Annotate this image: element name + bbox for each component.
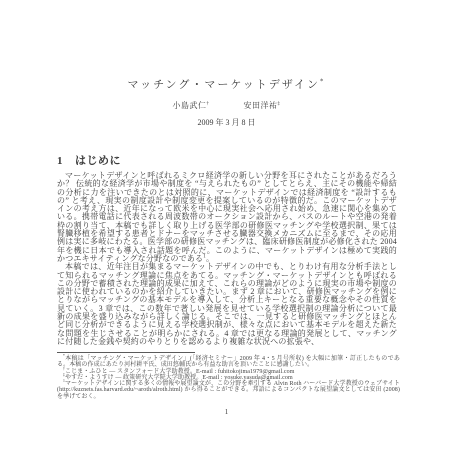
paper-title: マッチング・マーケットデザイン* bbox=[0, 76, 453, 92]
section-heading: 1はじめに bbox=[57, 152, 121, 168]
footnote-dagger-text: こじま・ふひと — スタンフォード大学助教授。E-mail : fuhitoko… bbox=[65, 369, 295, 375]
page-number: 1 bbox=[0, 408, 453, 416]
title-footnote-mark: * bbox=[320, 78, 325, 85]
author-1: 小島武仁† bbox=[173, 100, 210, 111]
paper-date: 2009 年 3 月 8 日 bbox=[0, 117, 453, 128]
paragraph-2: 本稿では、近年注目が集まるマーケットデザインの中でも、とりわけ有用な分析手法とし… bbox=[57, 263, 397, 346]
paper-page: マッチング・マーケットデザイン* 小島武仁† 安田洋祐‡ 2009 年 3 月 … bbox=[0, 0, 453, 453]
author-1-footnote-mark: † bbox=[207, 101, 210, 106]
footnote-1: 1マーケットデザインに関する多くの情報や展望論文が、この分野を牽引する Alvi… bbox=[57, 381, 400, 400]
author-2-name: 安田洋祐 bbox=[244, 101, 278, 110]
author-2: 安田洋祐‡ bbox=[244, 100, 281, 111]
footnotes: *本稿は「マッチング・マーケットデザイン」(「経済セミナー」2009 年 4・5… bbox=[57, 356, 400, 400]
author-row: 小島武仁† 安田洋祐‡ bbox=[0, 100, 453, 111]
footnote-1-text: マーケットデザインに関する多くの情報や展望論文が、この分野を牽引する Alvin… bbox=[57, 381, 400, 400]
paper-title-text: マッチング・マーケットデザイン bbox=[128, 79, 320, 91]
paragraph-2-text: 本稿では、近年注目が集まるマーケットデザインの中でも、とりわけ有用な分析手法とし… bbox=[57, 262, 397, 346]
footnote-rule bbox=[57, 352, 195, 353]
paragraph-1-text: マーケットデザインと呼ばれるミクロ経済学の新しい分野を耳にされたことがあるだろう… bbox=[57, 171, 397, 263]
author-2-footnote-mark: ‡ bbox=[278, 101, 281, 106]
section-title: はじめに bbox=[75, 155, 121, 167]
section-number: 1 bbox=[57, 155, 63, 167]
footnote-star: *本稿は「マッチング・マーケットデザイン」(「経済セミナー」2009 年 4・5… bbox=[57, 356, 400, 369]
author-1-name: 小島武仁 bbox=[173, 101, 207, 110]
footnote-star-text: 本稿は「マッチング・マーケットデザイン」(「経済セミナー」2009 年 4・5 … bbox=[57, 356, 400, 368]
footnote-ddagger-text: やすだ・ようすけ — 政策研究大学院大学助教授。E-mail : yosuke.… bbox=[65, 375, 293, 381]
body-text: マーケットデザインと呼ばれるミクロ経済学の新しい分野を耳にされたことがあるだろう… bbox=[57, 172, 397, 346]
paragraph-1: マーケットデザインと呼ばれるミクロ経済学の新しい分野を耳にされたことがあるだろう… bbox=[57, 172, 397, 263]
